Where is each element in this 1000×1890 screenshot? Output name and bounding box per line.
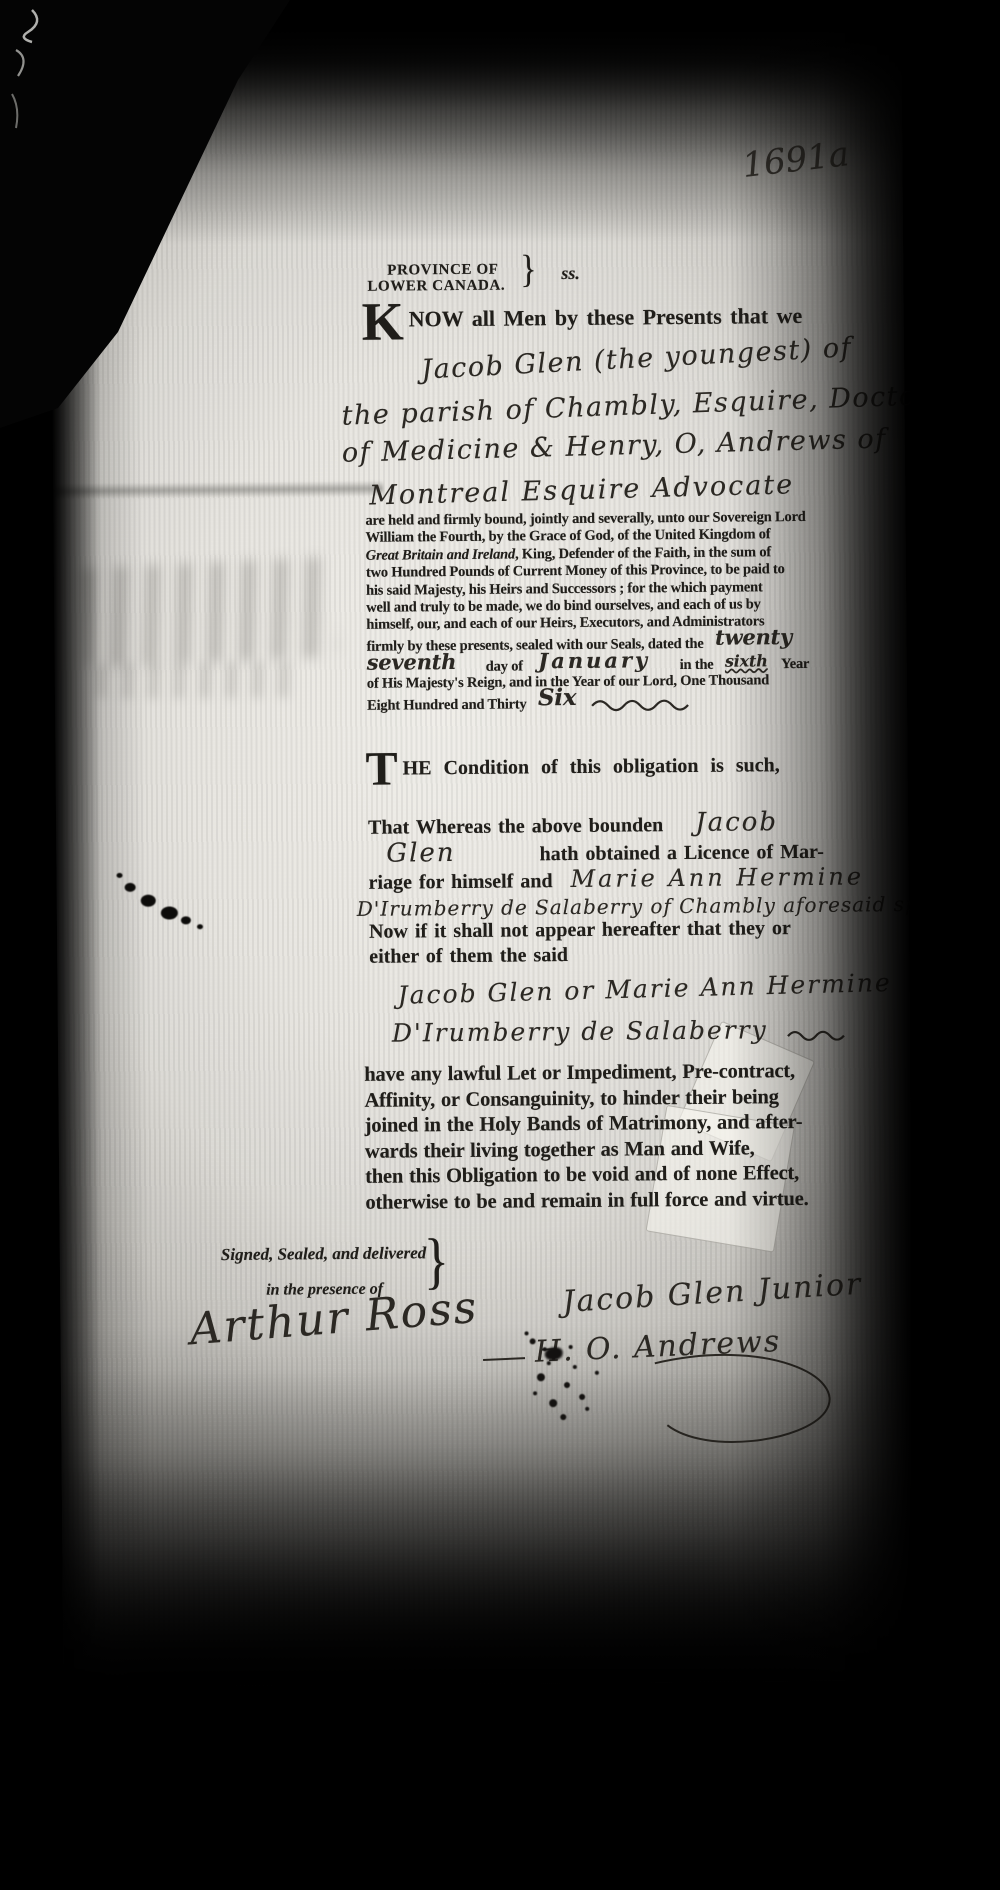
- ss-mark: ss.: [561, 263, 580, 284]
- closing-paragraph: have any lawful Let or Impediment, Pre-c…: [364, 1059, 808, 1216]
- pen-flourish: [590, 695, 700, 712]
- bond-line-print: Eight Hundred and Thirty: [367, 696, 527, 713]
- bond-line-rest: , King, Defender of the Faith, in the su…: [515, 544, 771, 562]
- closing-line: wards their living together as Man and W…: [365, 1135, 808, 1164]
- pen-flourish: [786, 1027, 856, 1042]
- handwritten-groom-surname: Glen: [386, 838, 455, 869]
- condition-print: riage for himself and: [369, 870, 553, 894]
- handwritten-month: January: [538, 648, 650, 674]
- handwritten-day-word: seventh: [367, 649, 457, 675]
- handwritten-party-line: of Medicine & Henry, O, Andrews of: [342, 423, 888, 468]
- handwritten-groom-first-name: Jacob: [695, 807, 778, 838]
- handwritten-year-word: Six: [538, 684, 577, 711]
- handwritten-bride-surname-line: D'Irumberry de Salaberry of Chambly afor…: [357, 891, 984, 920]
- handwritten-party-line: Montreal Esquire Advocate: [369, 469, 795, 511]
- know-all-men-line: NOW all Men by these Presents that we: [409, 297, 803, 332]
- condition-print: hath obtained a Licence of Mar-: [539, 841, 823, 865]
- handwritten-day-word: twenty: [715, 624, 792, 650]
- dropcap-K: K: [362, 300, 404, 342]
- margin-scribbles: [2, 2, 82, 172]
- bond-line: Eight Hundred and Thirty Six: [367, 690, 810, 715]
- condition-line: Now if it shall not appear hereafter tha…: [369, 917, 791, 944]
- ink-splatter: [525, 1331, 529, 1335]
- heading-brace: }: [520, 248, 537, 292]
- condition-print: That Whereas the above bounden: [368, 814, 663, 839]
- bond-line-italic: Great Britain and Ireland: [366, 546, 515, 563]
- principal-signature: Jacob Glen Junior: [561, 1267, 863, 1320]
- dropcap-T: T: [365, 751, 397, 789]
- handwritten-regnal-year: sixth: [725, 652, 768, 671]
- closing-line: Affinity, or Consanguinity, to hinder th…: [364, 1084, 807, 1113]
- handwritten-names: D'Irumberry de Salaberry: [392, 1015, 768, 1047]
- closing-line: have any lawful Let or Impediment, Pre-c…: [364, 1059, 807, 1088]
- closing-line: otherwise to be and remain in full force…: [365, 1186, 808, 1215]
- closing-line: then this Obligation to be void and of n…: [365, 1161, 808, 1190]
- signature-flourish: [645, 1341, 866, 1463]
- condition-heading: HE Condition of this obligation is such,: [402, 747, 779, 780]
- bond-line-print: day of: [486, 659, 523, 675]
- witness-signature: Arthur Ross: [188, 1282, 480, 1356]
- handwritten-names-line: Jacob Glen or Marie Ann Hermine: [397, 968, 892, 1010]
- handwritten-bride-name: Marie Ann Hermine: [570, 862, 864, 893]
- bond-line-print: in the: [680, 657, 714, 673]
- bond-line-print: Year: [781, 656, 809, 672]
- document-content: 1691a PROVINCE OF LOWER CANADA. } ss. K …: [0, 0, 1000, 1890]
- handwritten-names-line: D'Irumberry de Salaberry: [392, 1015, 856, 1048]
- file-number: 1691a: [740, 134, 851, 186]
- closing-line: joined in the Holy Bands of Matrimony, a…: [365, 1110, 808, 1139]
- condition-line: either of them the said: [369, 944, 568, 969]
- scanned-document-photo: 1691a PROVINCE OF LOWER CANADA. } ss. K …: [0, 0, 1000, 1890]
- condition-line: riage for himself and Marie Ann Hermine: [368, 862, 864, 894]
- attestation-line1: Signed, Sealed, and delivered: [221, 1243, 427, 1265]
- bond-paragraph: are held and firmly bound, jointly and s…: [365, 509, 809, 715]
- signature-dash-flourish: [483, 1357, 525, 1361]
